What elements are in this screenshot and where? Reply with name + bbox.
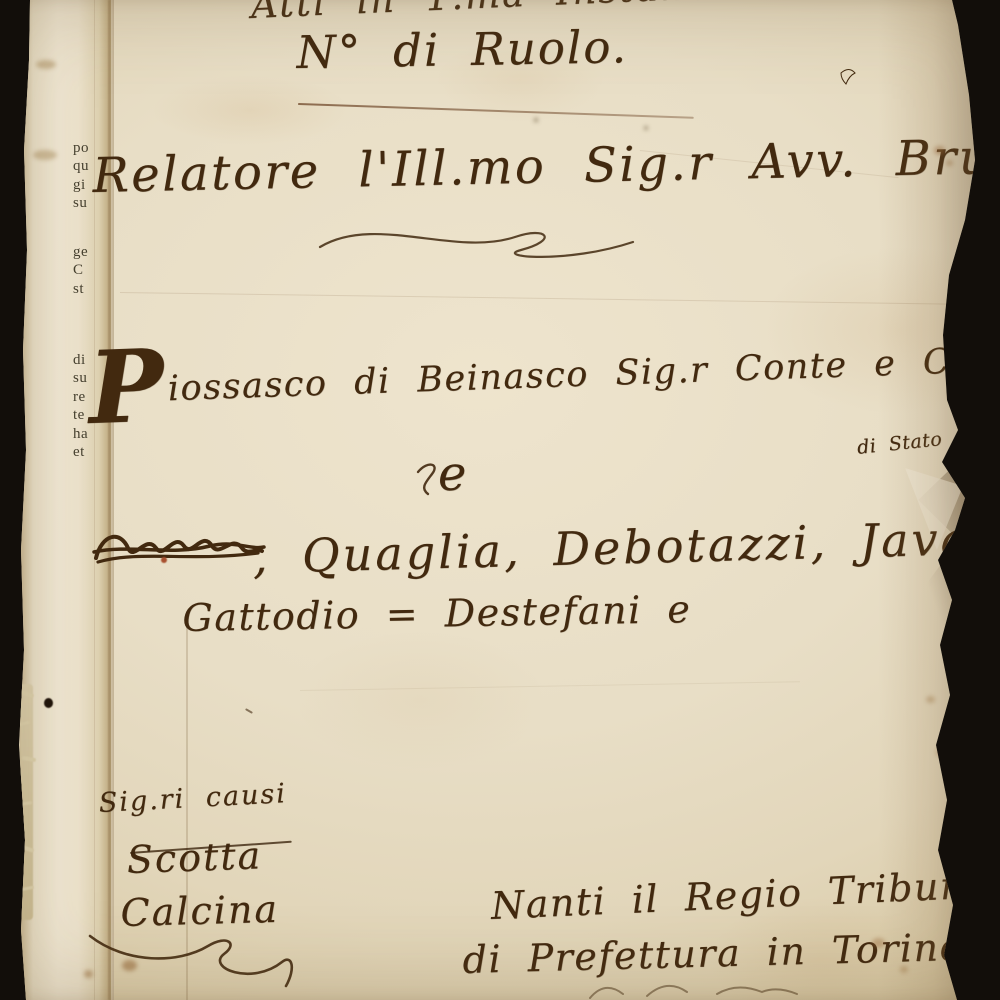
foxing-spot	[926, 696, 935, 703]
scribbled-out-name	[90, 518, 275, 584]
flourish-under-relatore	[315, 212, 645, 267]
print-fragment: po	[73, 139, 94, 157]
print-fragment: gi	[73, 176, 94, 194]
paper-crease	[120, 292, 950, 305]
relatore-line: Relatore l'Ill.mo Sig.r Avv. Bruno.	[92, 127, 1000, 204]
scan-background: po qu gi su ge C st di su re te ha et At…	[0, 0, 1000, 1000]
plaintiff-line: Piossasco di Beinasco Sig.r Conte e Cons…	[88, 336, 1000, 412]
printed-margin-fragments: po qu gi su	[73, 139, 94, 213]
plaintiff-initial-capital: P	[86, 326, 165, 447]
foxing-spot	[948, 390, 959, 399]
red-ink-dot	[161, 557, 167, 563]
print-fragment: C	[73, 261, 94, 279]
ink-rule-line	[298, 103, 694, 119]
foxing-spot	[644, 126, 648, 130]
plaintiff-name: iossasco di Beinasco Sig.r Conte e Consi…	[167, 336, 1000, 409]
print-fragment: st	[73, 280, 94, 298]
cut-off-line-strokes	[585, 978, 825, 1000]
comma-shaped-ink-blot	[839, 66, 859, 88]
attorney-name-calcina: Calcina	[120, 887, 280, 935]
plaintiff-title-continuation: di Stato di.	[856, 424, 981, 459]
printed-margin-fragments: ge C st	[73, 243, 94, 298]
attorneys-label: Sig.ri causi	[98, 778, 288, 819]
foxing-spot	[122, 960, 137, 971]
attorney-name-scotta: Scotta	[126, 833, 263, 882]
conjunction-e: e	[438, 446, 468, 502]
paper-crease	[300, 681, 800, 691]
foxing-spot	[534, 118, 538, 122]
print-fragment: ge	[73, 243, 94, 261]
print-fragment: su	[73, 194, 94, 212]
roll-number-line: N° di Ruolo.	[296, 20, 628, 79]
defendants-line-1: , Quaglia, Debotazzi, Java,	[252, 511, 989, 584]
foxing-spot	[936, 748, 947, 757]
tiny-pen-tick	[245, 708, 253, 714]
court-line-1: Nanti il Regio Tribunale	[490, 861, 1000, 928]
manuscript-page: po qu gi su ge C st di su re te ha et At…	[0, 0, 1000, 1000]
flourish-under-calcina	[86, 928, 326, 996]
print-fragment: qu	[73, 157, 94, 175]
defendants-line-2: Gattodio = Destefani e	[182, 587, 692, 640]
court-line-2: di Prefettura in Torino	[462, 925, 964, 982]
